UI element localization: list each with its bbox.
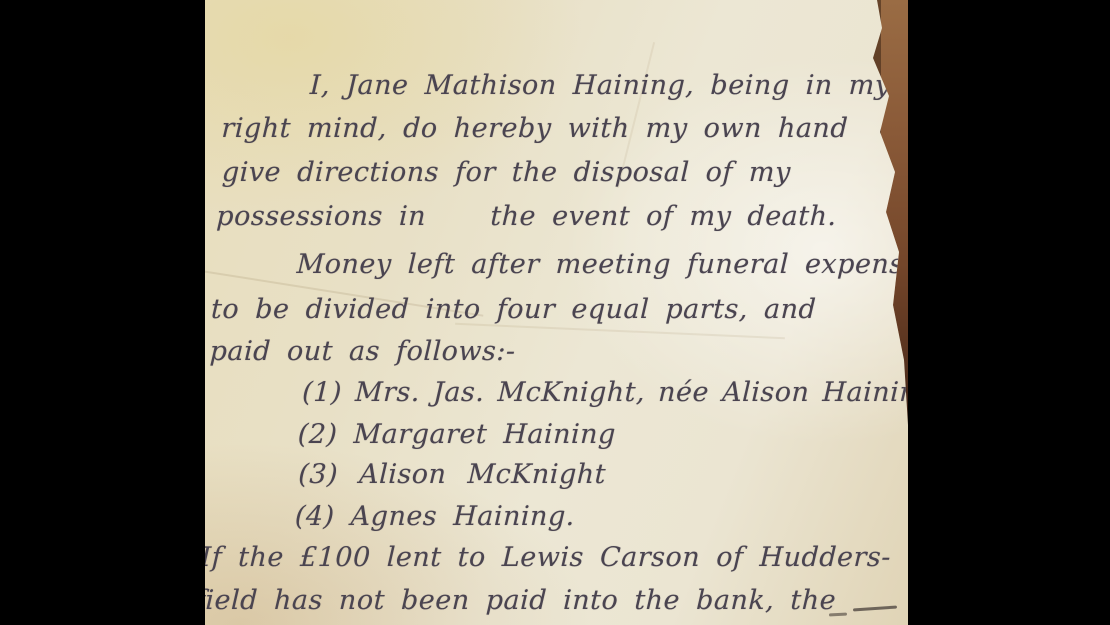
paper-document: I, Jane Mathison Haining, being in my ri… <box>205 0 908 625</box>
handwriting-layer: I, Jane Mathison Haining, being in my ri… <box>205 0 908 625</box>
handwritten-line: (2) Margaret Haining <box>297 419 616 450</box>
handwritten-line: (3) Alison McKnight <box>298 459 607 490</box>
handwritten-line: I, Jane Mathison Haining, being in my <box>309 70 891 101</box>
handwritten-line: (4) Agnes Haining. <box>294 501 575 532</box>
handwritten-line: right mind, do hereby with my own hand <box>221 113 849 144</box>
handwritten-line: to be divided into four equal parts, and <box>211 294 817 325</box>
handwritten-line: paid out as follows:- <box>209 336 516 367</box>
handwritten-line: (1) Mrs. Jas. McKnight, née Alison Haini… <box>302 377 908 408</box>
handwritten-line: possessions in the event of my death. <box>216 201 837 232</box>
handwritten-line: If the £100 lent to Lewis Carson of Hudd… <box>205 542 891 573</box>
handwritten-line: give directions for the disposal of my <box>221 157 791 188</box>
handwritten-line: field has not been paid into the bank, t… <box>205 585 837 616</box>
handwritten-line: Money left after meeting funeral expense… <box>296 249 908 280</box>
photo-frame: I, Jane Mathison Haining, being in my ri… <box>205 0 908 625</box>
